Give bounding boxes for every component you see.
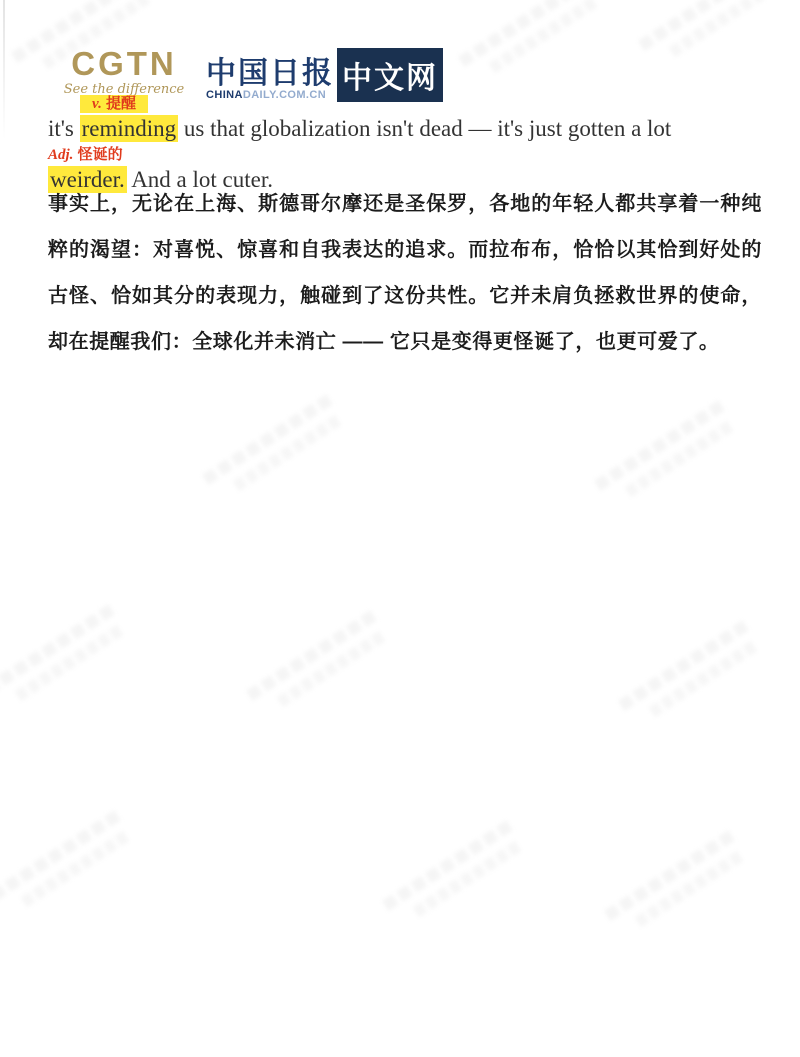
chinese-translation-paragraph: 事实上，无论在上海、斯德哥尔摩还是圣保罗，各地的年轻人都共享着一种纯粹的渴望：对… xyxy=(48,181,762,365)
cgtn-wordmark: CGTN xyxy=(58,48,190,80)
annotation-weirder-pos: Adj. xyxy=(48,147,73,163)
annotation-row-reminding: v. 提醒 xyxy=(80,95,762,113)
highlighted-word-reminding: reminding xyxy=(80,115,179,142)
cgtn-logo: CGTN See the difference xyxy=(58,48,190,97)
chinadaily-logo: 中国日报 CHINADAILY.COM.CN 中文网 xyxy=(206,48,443,102)
annotation-reminding-pos: v. xyxy=(92,96,102,112)
annotation-weirder-cn: 怪诞的 xyxy=(73,146,122,163)
annotation-reminding-cn: 提醒 xyxy=(102,95,136,112)
header-logos: CGTN See the difference 中国日报 CHINADAILY.… xyxy=(58,48,443,102)
english-line1-post: us that globalization isn't dead — it's … xyxy=(178,116,671,141)
english-sentence-block: v. 提醒 it's reminding us that globalizati… xyxy=(48,95,762,195)
watermark xyxy=(449,0,630,103)
watermark xyxy=(373,799,554,946)
chinadaily-site-badge: 中文网 xyxy=(337,48,443,102)
screenshot-edge-line xyxy=(3,0,5,140)
chinadaily-name-cn: 中国日报 xyxy=(206,59,334,89)
english-line-1: it's reminding us that globalization isn… xyxy=(48,113,762,144)
watermark xyxy=(585,379,766,526)
annotation-row-weirder: Adj. 怪诞的 xyxy=(48,146,762,164)
watermark xyxy=(193,373,374,520)
watermark xyxy=(0,789,162,936)
watermark xyxy=(237,589,418,736)
english-line1-pre: it's xyxy=(48,116,80,141)
annotation-reminding: v. 提醒 xyxy=(80,95,148,113)
watermark xyxy=(609,599,790,746)
watermark xyxy=(0,583,156,730)
watermark xyxy=(595,809,776,956)
watermark xyxy=(629,0,800,87)
chinadaily-wordmark: 中国日报 CHINADAILY.COM.CN xyxy=(206,48,334,102)
